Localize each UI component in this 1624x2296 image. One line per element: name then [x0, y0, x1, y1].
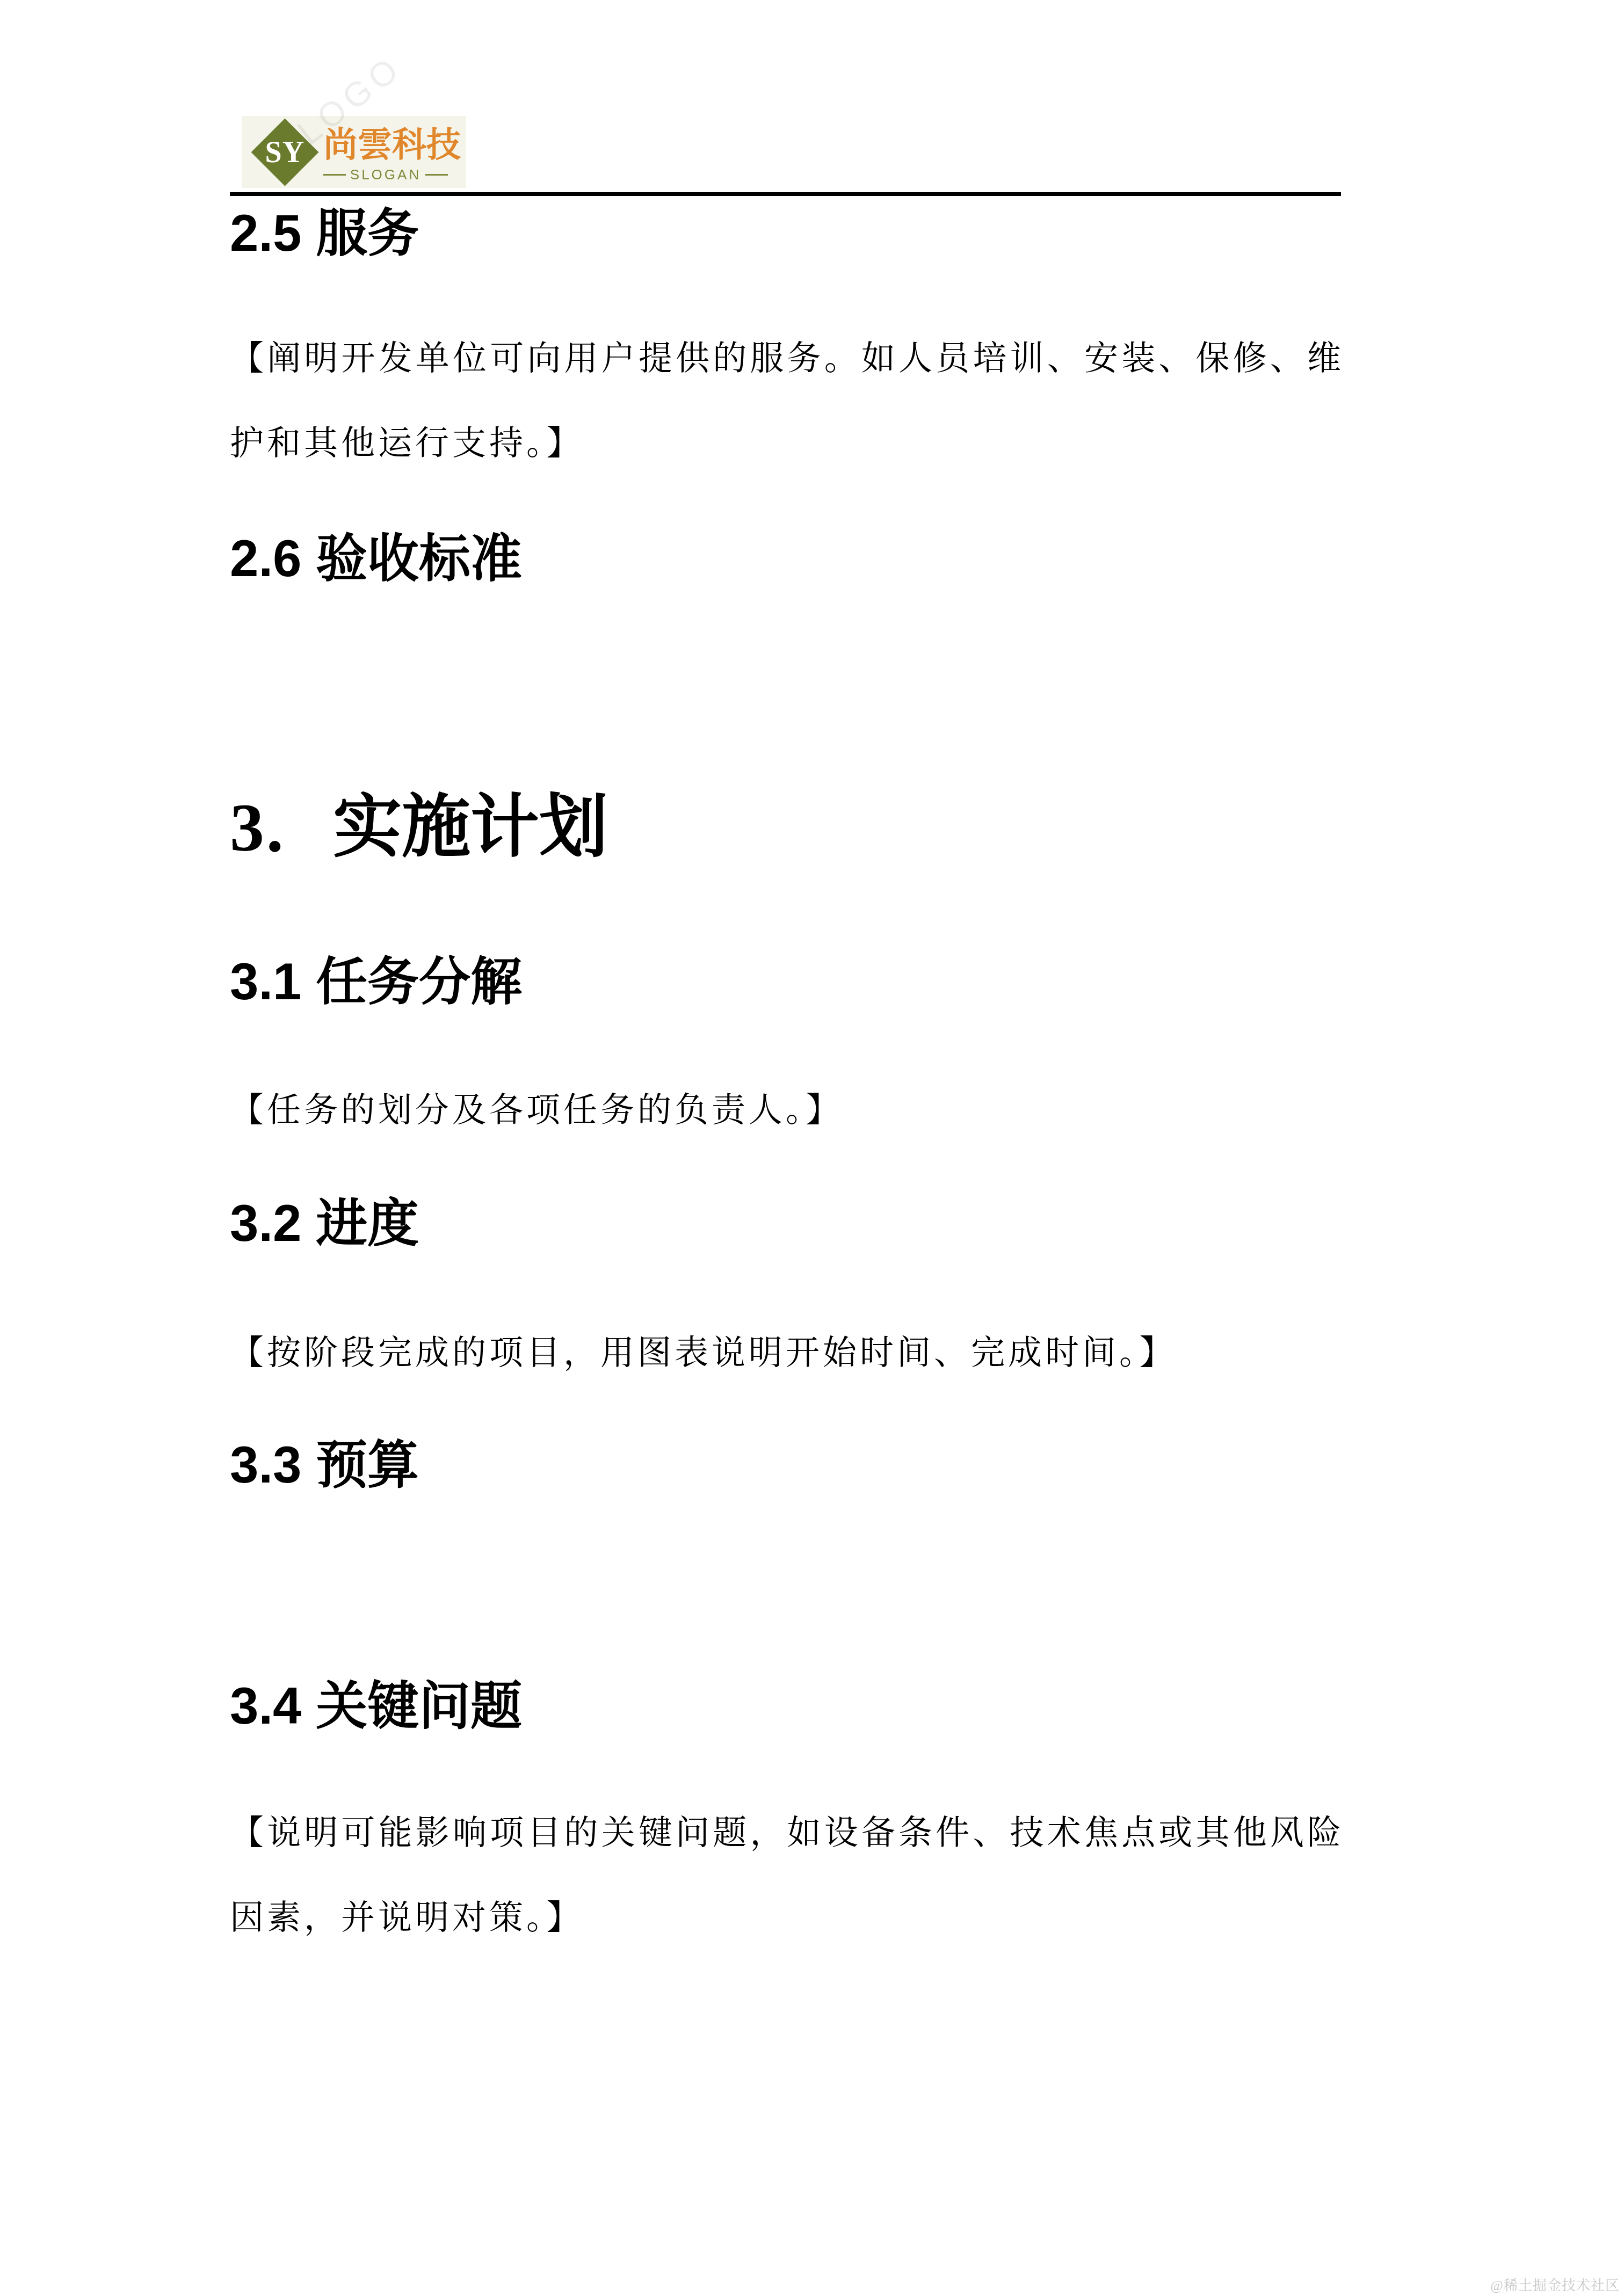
logo-slogan: SLOGAN — [323, 168, 448, 181]
document-page: LOGO SY 尚雲科技 SLOGAN 2.5 服务 【阐明开发单位可向用户提供… — [0, 0, 1624, 2296]
logo-text-block: 尚雲科技 SLOGAN — [323, 126, 463, 181]
slogan-text: SLOGAN — [350, 168, 421, 181]
logo-monogram: SY — [265, 137, 305, 168]
logo-diamond-icon: SY — [251, 119, 319, 186]
heading-3-1-task-breakdown: 3.1 任务分解 — [230, 954, 1347, 1011]
slogan-dash-right — [425, 174, 448, 176]
paragraph-key-issues: 【说明可能影响项目的关键问题，如设备条件、技术焦点或其他风险因素，并说明对策。】 — [230, 1790, 1344, 1960]
company-logo: LOGO SY 尚雲科技 SLOGAN — [242, 116, 466, 188]
heading-3-3-budget: 3.3 预算 — [230, 1437, 1347, 1494]
slogan-dash-left — [323, 174, 346, 176]
heading-3-2-schedule: 3.2 进度 — [230, 1195, 1347, 1252]
company-name: 尚雲科技 — [323, 126, 463, 164]
heading-3-implementation-plan: 3．实施计划 — [230, 788, 1347, 867]
paragraph-services: 【阐明开发单位可向用户提供的服务。如人员培训、安装、保修、维护和其他运行支持。】 — [230, 316, 1344, 485]
paragraph-task-breakdown: 【任务的划分及各项任务的负责人。】 — [230, 1067, 1344, 1152]
site-watermark: @稀土掘金技术社区 — [1490, 2275, 1620, 2294]
paragraph-schedule: 【按阶段完成的项目，用图表说明开始时间、完成时间。】 — [230, 1310, 1344, 1395]
header-divider-rule — [230, 192, 1341, 196]
heading-2-6-acceptance-criteria: 2.6 验收标准 — [230, 531, 1347, 587]
heading-3-4-key-issues: 3.4 关键问题 — [230, 1678, 1347, 1735]
heading-2-5-services: 2.5 服务 — [230, 205, 1347, 262]
